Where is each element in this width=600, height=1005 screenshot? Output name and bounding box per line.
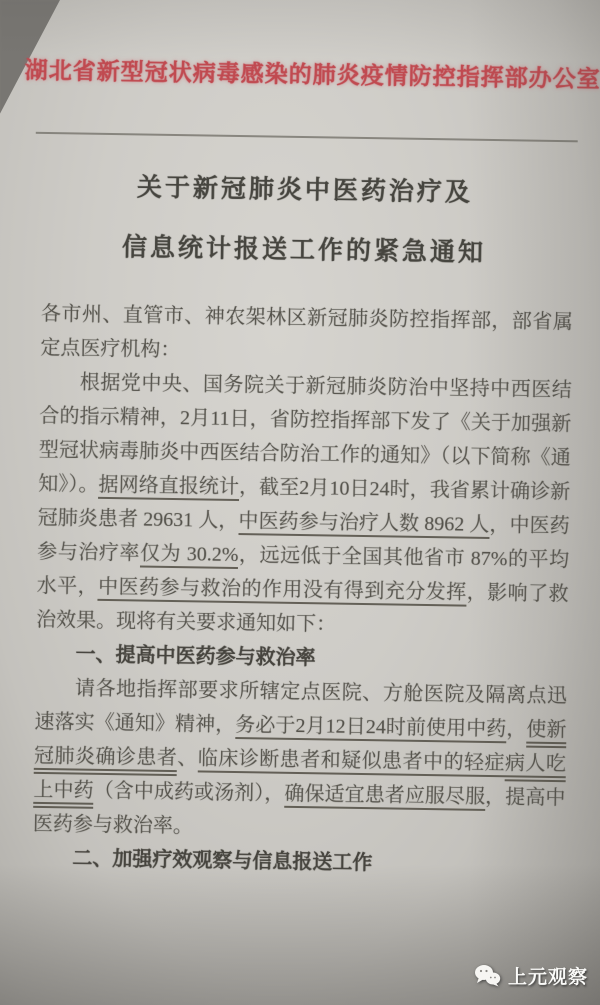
issuing-office-header: 湖北省新型冠状病毒感染的肺炎疫情防控指挥部办公室 <box>25 52 593 94</box>
chat-bubbles-icon <box>474 964 501 987</box>
watermark-label: 上元观察 <box>508 962 588 989</box>
text-segment: 、 <box>177 747 198 769</box>
underlined-text-segment: 确保适宜患者应服尽服 <box>284 783 485 811</box>
document-body: 各市州、直管市、神农架林区新冠肺炎防控指挥部，部省属定点医疗机构： 根据党中央、… <box>32 297 573 883</box>
watermark: 上元观察 <box>474 962 588 989</box>
underlined-text-segment: 据网络直报统计 <box>98 474 239 501</box>
underlined-text-segment: 中医药参与治疗人数 8962 人 <box>238 510 489 539</box>
photo-background: 湖北省新型冠状病毒感染的肺炎疫情防控指挥部办公室 关于新冠肺炎中医药治疗及 信息… <box>0 0 600 1005</box>
underlined-text-segment: 临床诊断患者和疑似患者中的轻症 <box>198 747 506 777</box>
document-page: 湖北省新型冠状病毒感染的肺炎疫情防控指挥部办公室 关于新冠肺炎中医药治疗及 信息… <box>0 0 600 1005</box>
paragraph-1: 根据党中央、国务院关于新冠肺炎防治中坚持中西医结合的指示精神，2月11日，省防控… <box>36 365 572 645</box>
salutation: 各市州、直管市、神农架林区新冠肺炎防控指挥部，部省属定点医疗机构： <box>40 297 573 373</box>
header-divider <box>36 132 578 143</box>
underlined-text-segment: 中医药参与救治的作用没有得到充分发挥 <box>98 576 467 607</box>
text-segment: ， <box>506 718 526 740</box>
document-title-line1: 关于新冠肺炎中医药治疗及 <box>5 165 600 210</box>
text-segment: （含中成药或汤剂）， <box>94 780 285 805</box>
underlined-text-segment: 仅为 30.2% <box>140 542 239 569</box>
section-heading-2: 二、加强疗效观察与信息报送工作 <box>32 841 564 883</box>
paragraph-2: 请各地指挥部要求所辖定点医院、方舱医院及隔离点迅速落实《通知》精神，务必于2月1… <box>33 671 568 849</box>
document-title-line2: 信息统计报送工作的紧急通知 <box>4 225 600 270</box>
underlined-text-segment: 务必于2月12日24时前使用中药 <box>235 714 506 743</box>
